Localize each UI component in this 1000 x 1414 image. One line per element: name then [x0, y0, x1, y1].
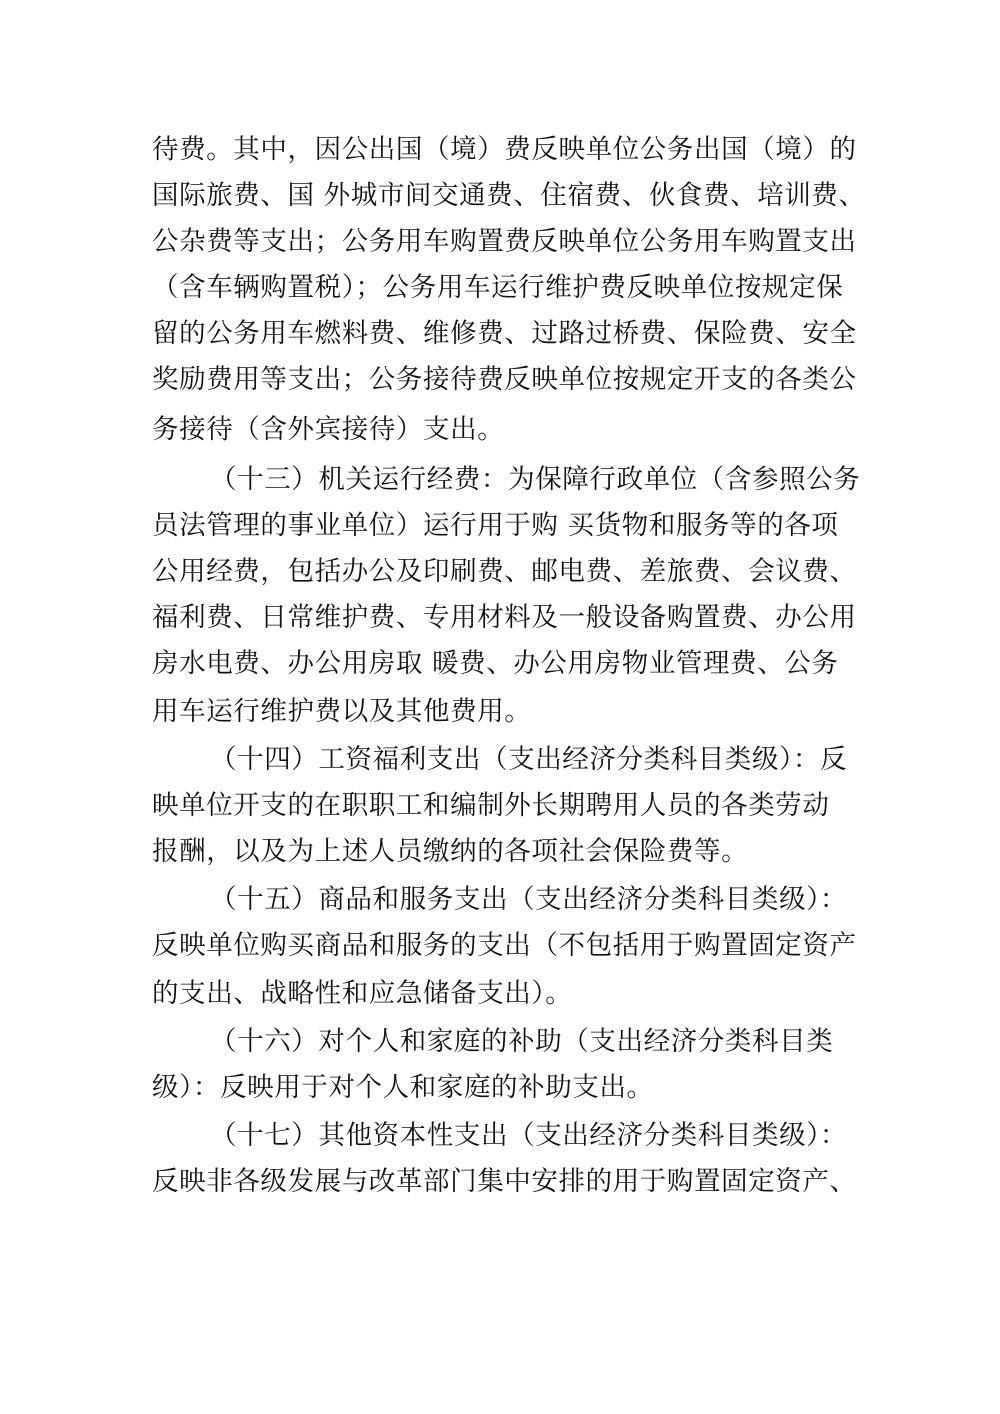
text-line: 员法管理的事业单位）运行用于购 买货物和服务等的各项 [152, 506, 872, 546]
text-line: 福利费、日常维护费、专用材料及一般设备购置费、办公用 [152, 598, 872, 638]
text-line: 的支出、战略性和应急储备支出）。 [152, 974, 872, 1014]
text-line: 反映非各级发展与改革部门集中安排的用于购置固定资产、 [152, 1162, 872, 1202]
text-line: 国际旅费、国 外城市间交通费、住宿费、伙食费、培训费、 [152, 176, 872, 216]
text-line: 房水电费、办公用房取 暖费、办公用房物业管理费、公务 [152, 644, 872, 684]
text-line: 映单位开支的在职职工和编制外长期聘用人员的各类劳动 [152, 786, 872, 826]
text-line: 级）：反映用于对个人和家庭的补助支出。 [152, 1068, 872, 1108]
paragraph-heading-13: （十三）机关运行经费：为保障行政单位（含参照公务 [210, 460, 930, 500]
text-line: 用车运行维护费以及其他费用。 [152, 692, 872, 732]
text-line: 奖励费用等支出；公务接待费反映单位按规定开支的各类公 [152, 360, 872, 400]
text-line: （含车辆购置税）；公务用车运行维护费反映单位按规定保 [152, 268, 872, 308]
text-line: 报酬，以及为上述人员缴纳的各项社会保险费等。 [152, 832, 872, 872]
document-page: 待费。其中，因公出国（境）费反映单位公务出国（境）的 国际旅费、国 外城市间交通… [0, 0, 1000, 1414]
paragraph-heading-17: （十七）其他资本性支出（支出经济分类科目类级）： [210, 1116, 930, 1156]
text-line: 公用经费，包括办公及印刷费、邮电费、差旅费、会议费、 [152, 552, 872, 592]
paragraph-heading-14: （十四）工资福利支出（支出经济分类科目类级）：反 [210, 740, 930, 780]
text-line: 务接待（含外宾接待）支出。 [152, 410, 872, 450]
paragraph-heading-15: （十五）商品和服务支出（支出经济分类科目类级）： [210, 880, 930, 920]
text-line: 待费。其中，因公出国（境）费反映单位公务出国（境）的 [152, 130, 872, 170]
text-line: 公杂费等支出；公务用车购置费反映单位公务用车购置支出 [152, 222, 872, 262]
text-line: 反映单位购买商品和服务的支出（不包括用于购置固定资产 [152, 926, 872, 966]
text-line: 留的公务用车燃料费、维修费、过路过桥费、保险费、安全 [152, 314, 872, 354]
paragraph-heading-16: （十六）对个人和家庭的补助（支出经济分类科目类 [210, 1022, 930, 1062]
